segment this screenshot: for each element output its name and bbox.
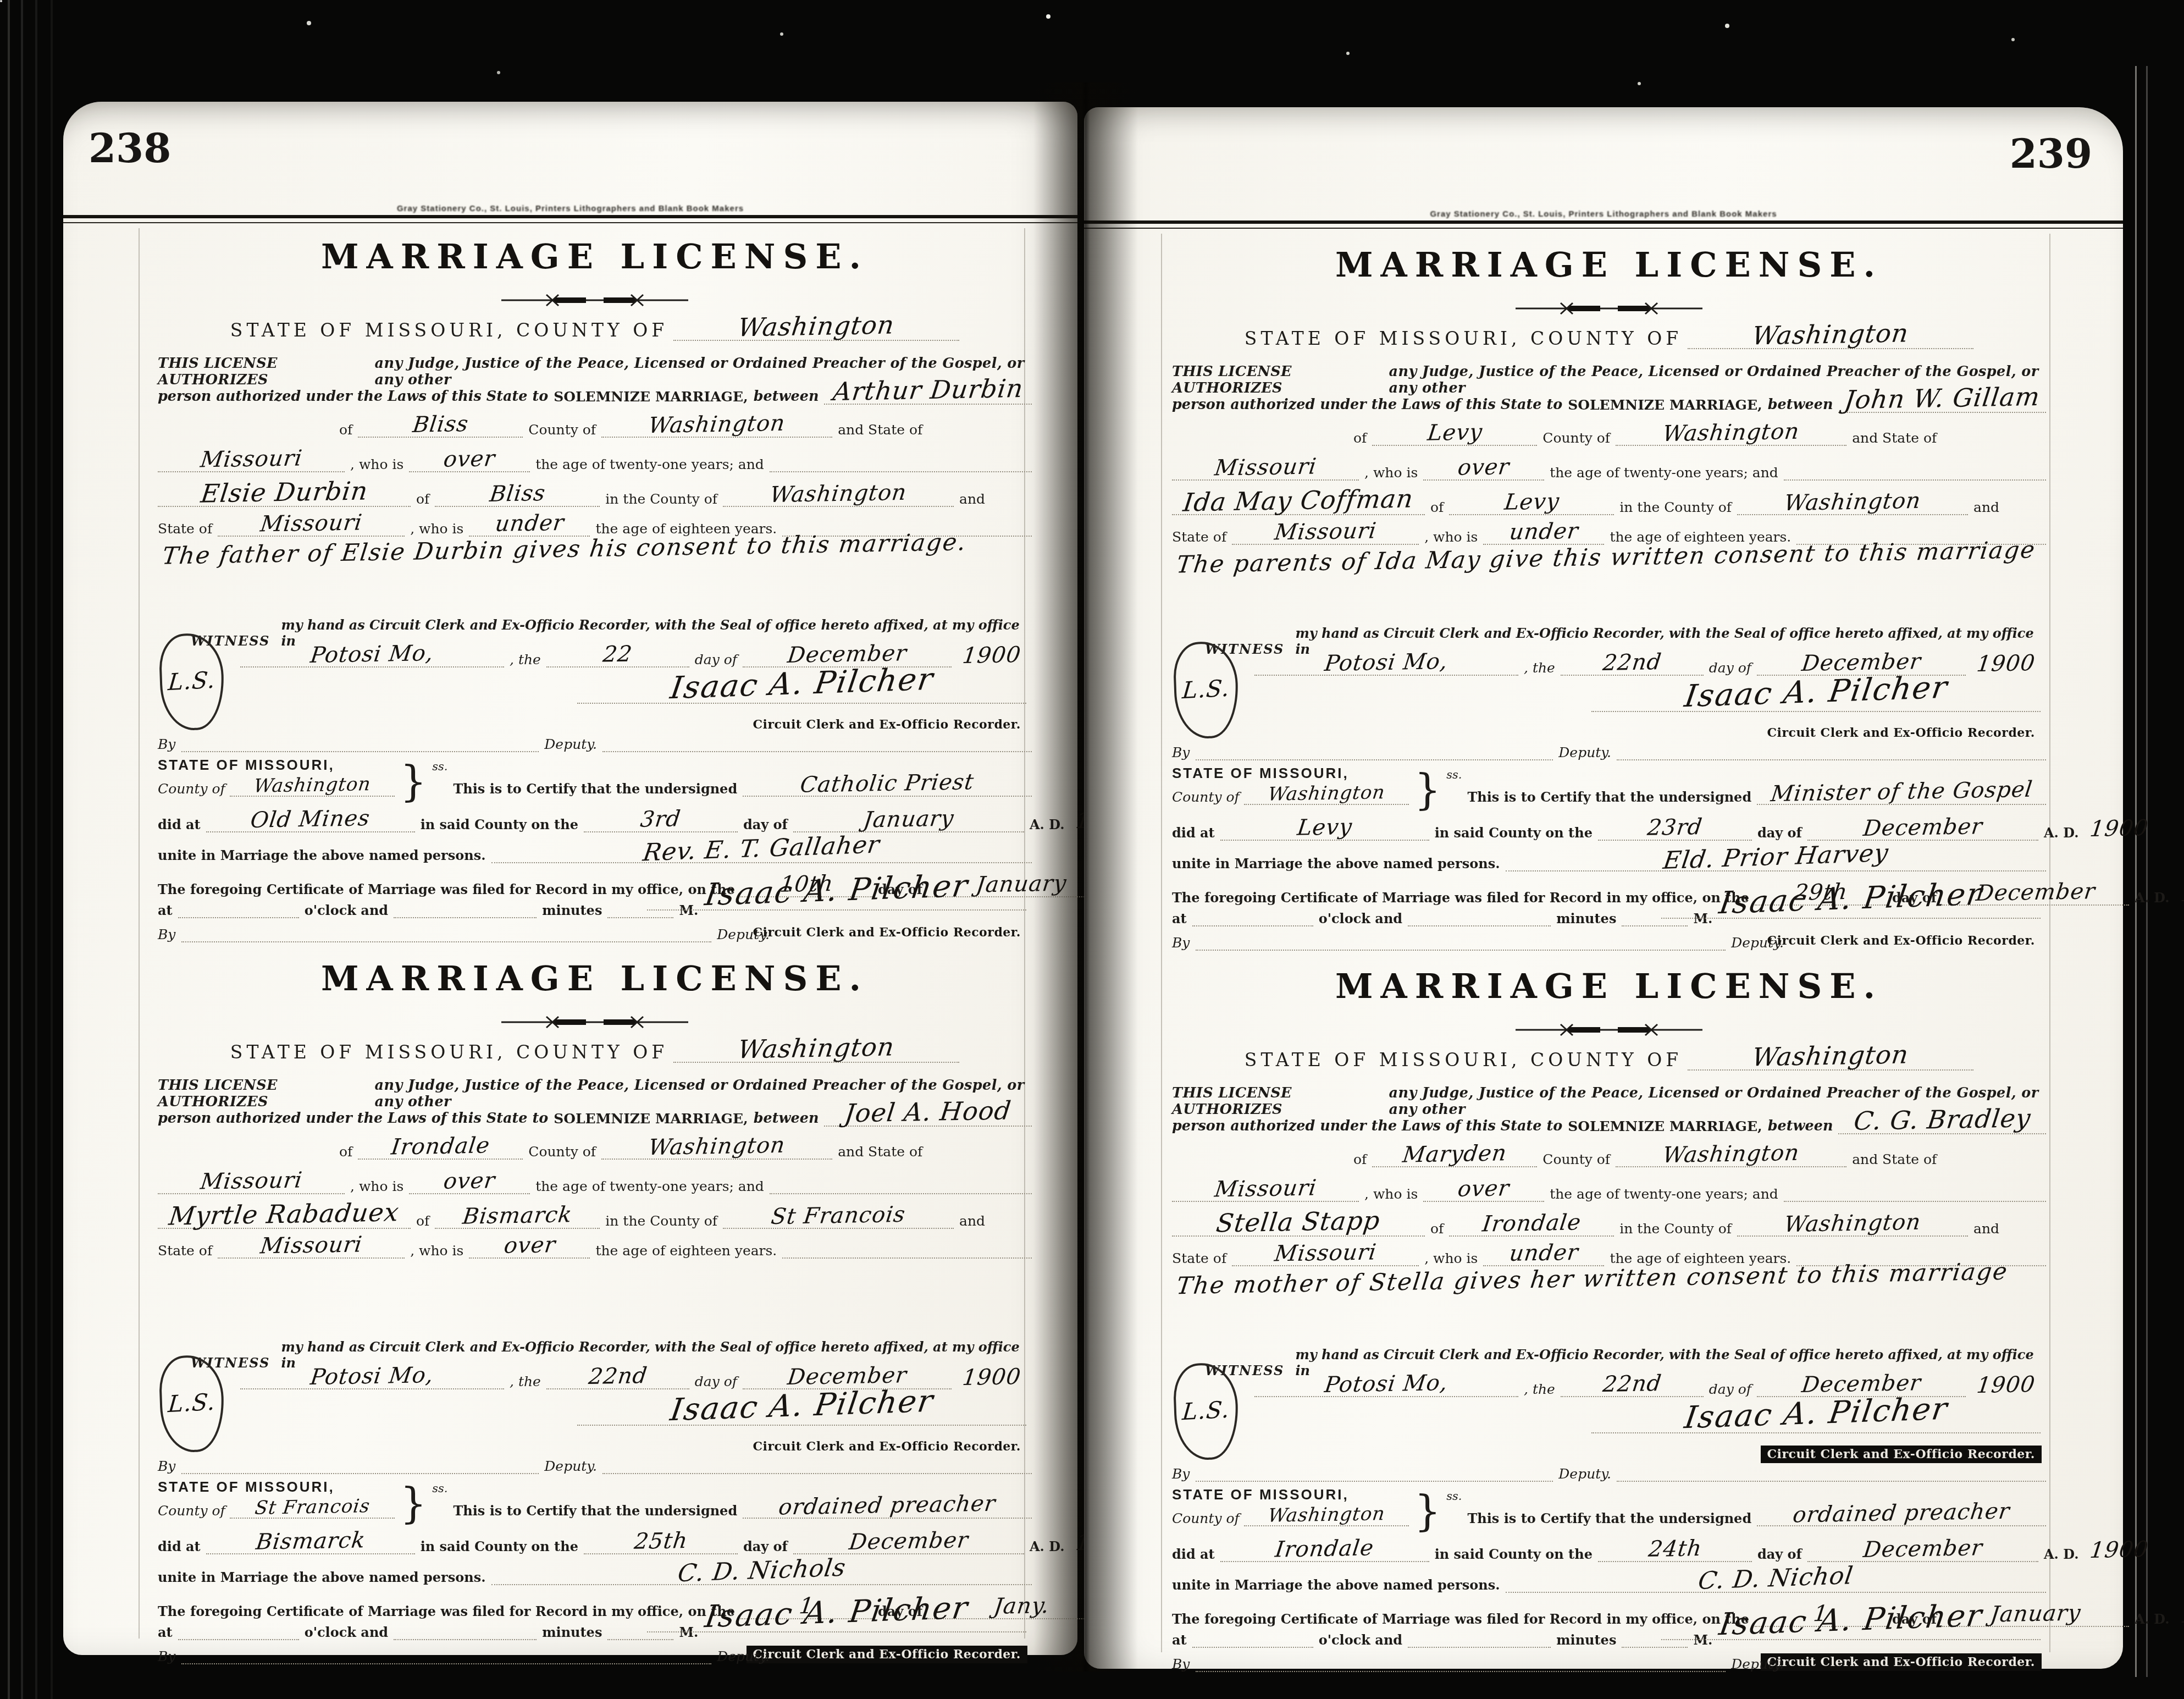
and-label: and: [959, 491, 985, 507]
unite-label: unite in Marriage the above named person…: [1172, 1577, 1500, 1593]
bride-county-blank: St Francois: [723, 1205, 954, 1229]
handwritten-groom-state: Missouri: [193, 447, 309, 472]
cert-county-blank: Washington: [1244, 1505, 1409, 1526]
the-label: , the: [510, 652, 541, 668]
divider-ornament: [1516, 301, 1702, 316]
groom-state-blank: Missouri: [158, 1170, 345, 1194]
groom-county-blank: Washington: [601, 1135, 832, 1160]
and-label: and: [1973, 1221, 1999, 1237]
divider-ornament: [501, 293, 688, 308]
blank-line: [1196, 1654, 1726, 1672]
clerk-title-label: Circuit Clerk and Ex-Officio Recorder.: [1761, 1653, 2042, 1671]
state-of-label: State of: [1172, 529, 1226, 545]
handwritten-cert-place: Levy: [1290, 816, 1359, 840]
of-label: of: [339, 1144, 352, 1160]
day-blank: 22nd: [1561, 652, 1704, 676]
cert-place-blank: Old Mines: [206, 808, 415, 832]
bride-state-blank: Missouri: [1232, 521, 1419, 545]
office-place-blank: Potosi Mo,: [1254, 1373, 1518, 1397]
clerk-signature-line: Isaac A. Pilcher: [577, 669, 1026, 704]
handwritten-cert-county: Washington: [1261, 783, 1391, 805]
cert-day-blank: 23rd: [1598, 817, 1752, 841]
handwritten-groom-name: John W. Gillam: [1838, 384, 2047, 414]
day-of-label: day of: [1757, 1546, 1802, 1562]
handwritten-cert-day: 25th: [627, 1530, 694, 1554]
book-spine-line: [21, 0, 23, 1699]
handwritten-bride-age: over: [497, 1234, 562, 1258]
groom-name-blank: Arthur Durbin: [824, 377, 1032, 405]
the-label: , the: [1524, 1381, 1555, 1397]
filed-clerk-signature-line: Isaac A. Pilcher: [1661, 1605, 2041, 1640]
deputy-label: Deputy.: [1558, 1466, 1611, 1482]
handwritten-cert-county: Washington: [1261, 1504, 1391, 1526]
ss-brace: }: [1414, 1495, 1441, 1526]
header-rule: [1084, 220, 2123, 229]
at-label: at: [1172, 911, 1187, 926]
bride-state-blank: Missouri: [1232, 1242, 1419, 1266]
bride-place-blank: Bliss: [435, 483, 600, 507]
bride-name-blank: Myrtle Rabaduex: [158, 1201, 411, 1229]
right-page: 239 Gray Stationery Co., St. Louis, Prin…: [1084, 107, 2123, 1669]
in-county-label: in the County of: [1619, 1221, 1732, 1237]
county-of-label: County of: [158, 781, 225, 797]
state-county-label: STATE OF MISSOURI, COUNTY OF: [230, 1041, 668, 1063]
margin-line: [139, 228, 140, 1639]
between-prefix: person authorized under the Laws of this…: [1172, 396, 1562, 413]
blank-line: [1196, 933, 1726, 951]
clerk-title-label: Circuit Clerk and Ex-Officio Recorder.: [747, 716, 1027, 733]
handwritten-bride-name: Elsie Durbin: [193, 478, 374, 508]
printer-credit: Gray Stationery Co., St. Louis, Printers…: [63, 204, 1077, 213]
officiant-signature-blank: Eld. Prior Harvey: [1506, 845, 2046, 871]
clerk-signature-line: Isaac A. Pilcher: [577, 1391, 1026, 1426]
cert-county-blank: Washington: [230, 776, 395, 797]
oclock-label: o'clock and: [1319, 1632, 1402, 1648]
solemnize-label: SOLEMNIZE MARRIAGE,: [1568, 397, 1762, 413]
handwritten-cert-place: Old Mines: [244, 807, 377, 832]
state-county-label: STATE OF MISSOURI, COUNTY OF: [1245, 328, 1682, 349]
bride-county-blank: Washington: [1737, 1212, 1968, 1237]
license-title: MARRIAGE LICENSE.: [1172, 966, 2046, 1006]
handwritten-cert-day: 24th: [1641, 1537, 1709, 1562]
the-label: , the: [510, 1373, 541, 1389]
certify-label: This is to Certify that the undersigned: [1467, 1510, 1751, 1526]
clerk-title-label: Circuit Clerk and Ex-Officio Recorder.: [1761, 1446, 2042, 1463]
officiant-role-blank: Catholic Priest: [743, 773, 1032, 797]
seal-ls-text: L.S.: [1176, 1398, 1236, 1425]
state-county-label: STATE OF MISSOURI, COUNTY OF: [1245, 1049, 1682, 1071]
handwritten-bride-name: Myrtle Rabaduex: [162, 1199, 406, 1230]
ss-brace: }: [1414, 774, 1441, 805]
cert-month-blank: January: [793, 808, 1024, 832]
handwritten-bride-place: Irondale: [1475, 1211, 1588, 1236]
clerk-title-label: Circuit Clerk and Ex-Officio Recorder.: [747, 1646, 1027, 1663]
handwritten-witness-day: 22nd: [1596, 1372, 1668, 1397]
deputy-label: Deputy.: [717, 1648, 770, 1664]
handwritten-county: Washington: [731, 1034, 902, 1063]
of-label: of: [416, 1213, 429, 1229]
handwritten-bride-county: Washington: [1777, 1211, 1928, 1237]
handwritten-officiant-role: Minister of the Gospel: [1763, 779, 2039, 807]
and-label: and: [959, 1213, 985, 1229]
day-of-label: day of: [743, 1538, 788, 1554]
handwritten-bride-county: Washington: [763, 482, 914, 508]
handwritten-cert-place: Bismarck: [249, 1529, 372, 1554]
ss-label: ss.: [432, 1482, 447, 1495]
minutes-label: minutes: [1556, 911, 1616, 926]
officiant-signature-blank: Rev. E. T. Gallaher: [491, 837, 1032, 863]
county-of-label: County of: [158, 1503, 225, 1519]
oclock-label: o'clock and: [1319, 911, 1402, 926]
handwritten-bride-state: Missouri: [1268, 520, 1383, 545]
margin-line: [2049, 234, 2050, 1652]
at-label: at: [1172, 1632, 1187, 1648]
cert-month-blank: December: [1807, 817, 2038, 841]
state-of-label: State of: [158, 1243, 212, 1259]
state-county-label: STATE OF MISSOURI, COUNTY OF: [230, 319, 668, 341]
clerk-title-label: Circuit Clerk and Ex-Officio Recorder.: [747, 1438, 1027, 1455]
blank-line: [1784, 1184, 2046, 1202]
certify-label: This is to Certify that the undersigned: [453, 781, 737, 797]
bride-state-blank: Missouri: [218, 512, 405, 537]
blank-line: [602, 735, 1032, 752]
filed-clerk-signature: Isaac A. Pilcher: [698, 870, 976, 912]
bride-place-blank: Irondale: [1449, 1212, 1614, 1237]
certificate-state-head: STATE OF MISSOURI, County of Washington: [1172, 765, 1409, 805]
handwritten-cert-county: Washington: [247, 775, 377, 797]
officiant-signature: Rev. E. T. Gallaher: [636, 832, 887, 867]
of-label: of: [1353, 430, 1367, 446]
ad-label: A. D.: [2044, 825, 2079, 841]
handwritten-bride-state: Missouri: [1268, 1241, 1383, 1266]
license-title: MARRIAGE LICENSE.: [158, 236, 1032, 277]
county-of-label: County of: [528, 1144, 596, 1160]
day-blank: 22nd: [546, 1365, 689, 1389]
groom-state-blank: Missouri: [1172, 1178, 1359, 1202]
of-label: of: [416, 491, 429, 507]
license-title: MARRIAGE LICENSE.: [158, 958, 1032, 999]
county-of-label: County of: [528, 422, 596, 438]
in-said-county-label: in said County on the: [421, 817, 578, 832]
groom-county-blank: Washington: [1616, 422, 1846, 446]
handwritten-witness-day: 22: [596, 643, 639, 666]
solemnize-label: SOLEMNIZE MARRIAGE,: [1568, 1118, 1762, 1134]
handwritten-consent-note: [158, 1260, 169, 1261]
between-prefix: person authorized under the Laws of this…: [158, 1110, 548, 1127]
handwritten-groom-county: Washington: [1656, 1142, 1806, 1168]
seal-ls-text: L.S.: [162, 668, 222, 696]
ss-brace: }: [400, 1487, 427, 1519]
between-word: between: [754, 388, 819, 405]
solemnize-label: SOLEMNIZE MARRIAGE,: [554, 1111, 748, 1127]
the-label: , the: [1524, 660, 1555, 676]
clerk-title-label: Circuit Clerk and Ex-Officio Recorder.: [747, 924, 1027, 941]
officiant-signature: C. D. Nichol: [1691, 1564, 1860, 1595]
handwritten-cert-month: December: [1856, 1537, 1989, 1562]
clerk-signature-line: Isaac A. Pilcher: [1591, 1398, 2041, 1433]
handwritten-bride-name: Ida May Coffman: [1176, 486, 1420, 516]
handwritten-groom-age: over: [1451, 1177, 1517, 1201]
bride-age-blank: under: [1483, 1242, 1604, 1266]
between-word: between: [1768, 396, 1833, 413]
cert-place-blank: Bismarck: [206, 1530, 415, 1554]
handwritten-groom-state: Missouri: [1208, 1177, 1323, 1202]
day-of-label: day of: [695, 652, 737, 668]
bride-place-blank: Bismarck: [435, 1205, 600, 1229]
seal-ls-text: L.S.: [1176, 676, 1236, 704]
bride-name-blank: Stella Stapp: [1172, 1209, 1425, 1237]
seal-ls-text: L.S.: [162, 1390, 222, 1417]
filed-clerk-signature-line: Isaac A. Pilcher: [1661, 884, 2041, 919]
handwritten-bride-age: under: [488, 512, 571, 537]
certify-label: This is to Certify that the undersigned: [1467, 789, 1751, 805]
state-of-missouri-label: STATE OF MISSOURI,: [1172, 1486, 1409, 1503]
handwritten-cert-year: 1900: [2083, 817, 2155, 841]
of-label: of: [1430, 1221, 1444, 1237]
blank-line: [782, 1241, 1032, 1259]
who-is-label: , who is: [410, 521, 463, 537]
groom-age-blank: over: [409, 448, 530, 472]
did-at-label: did at: [158, 817, 201, 832]
solemnize-label: SOLEMNIZE MARRIAGE,: [554, 389, 748, 405]
handwritten-witness-year: 1900: [955, 1366, 1027, 1390]
bride-name-blank: Elsie Durbin: [158, 479, 411, 507]
handwritten-groom-place: Bliss: [406, 413, 475, 437]
county-of-label: County of: [1542, 430, 1610, 446]
by-label: By: [1172, 935, 1190, 951]
deputy-label: Deputy.: [544, 736, 597, 752]
unite-label: unite in Marriage the above named person…: [1172, 856, 1500, 871]
who-is-label: , who is: [1424, 529, 1478, 545]
ad-label: A. D.: [2044, 1546, 2079, 1562]
between-prefix: person authorized under the Laws of this…: [158, 388, 548, 405]
blank-line: [1192, 1630, 1313, 1648]
groom-age-blank: over: [1423, 1178, 1544, 1202]
handwritten-filed-year: 1901: [2174, 1603, 2184, 1628]
blank-line: [770, 455, 1032, 472]
handwritten-office-place: Potosi Mo,: [303, 642, 440, 668]
of-label: of: [1430, 499, 1444, 515]
deputy-label: Deputy.: [717, 926, 770, 942]
state-of-missouri-label: STATE OF MISSOURI,: [1172, 765, 1409, 782]
at-label: at: [158, 1624, 173, 1640]
page-number: 238: [89, 125, 171, 172]
age21-label: the age of twenty-one years; and: [1550, 465, 1778, 481]
marriage-license-record: MARRIAGE LICENSE. STATE OF MISSOURI, COU…: [1172, 245, 2046, 943]
clerk-signature: Isaac A. Pilcher: [662, 664, 941, 705]
county-of-label: County of: [1542, 1151, 1610, 1167]
of-label: of: [339, 422, 352, 438]
by-label: By: [158, 1648, 176, 1664]
blank-line: [394, 901, 537, 918]
divider-ornament: [1516, 1022, 1702, 1038]
handwritten-bride-county: Washington: [1777, 490, 1928, 516]
page-number: 239: [2010, 130, 2092, 177]
blank-line: [1617, 1464, 2046, 1482]
by-label: By: [158, 1458, 176, 1474]
county-of-label: County of: [1172, 1510, 1240, 1526]
handwritten-cert-month: January: [856, 807, 961, 832]
cert-place-blank: Irondale: [1220, 1538, 1429, 1562]
certify-label: This is to Certify that the undersigned: [453, 1503, 737, 1519]
unite-label: unite in Marriage the above named person…: [158, 1569, 486, 1585]
blank-line: [1408, 1630, 1551, 1648]
who-is-label: , who is: [1364, 1186, 1418, 1202]
handwritten-cert-month: December: [1856, 815, 1989, 841]
officiant-role-blank: Minister of the Gospel: [1757, 781, 2046, 805]
county-of-label: County of: [1172, 789, 1240, 805]
groom-place-blank: Maryden: [1372, 1143, 1537, 1167]
officiant-signature-blank: C. D. Nichols: [491, 1559, 1032, 1585]
blank-line: [1784, 463, 2046, 481]
handwritten-groom-county: Washington: [1656, 421, 1806, 446]
oclock-label: o'clock and: [305, 1624, 388, 1640]
ss-label: ss.: [1446, 768, 1462, 781]
groom-age-blank: over: [409, 1170, 530, 1194]
bride-age-blank: under: [1483, 521, 1604, 545]
handwritten-bride-age: under: [1502, 520, 1585, 545]
clerk-signature-line: Isaac A. Pilcher: [1591, 677, 2041, 712]
filed-clerk-signature: Isaac A. Pilcher: [1712, 879, 1991, 920]
handwritten-county: Washington: [731, 312, 902, 341]
in-said-county-label: in said County on the: [1435, 1546, 1593, 1562]
groom-name-blank: Joel A. Hood: [824, 1099, 1032, 1127]
who-is-label: , who is: [350, 1178, 403, 1194]
page-stack-edge: [2135, 66, 2137, 1677]
ad-label: A. D.: [2135, 890, 2170, 906]
groom-state-blank: Missouri: [158, 448, 345, 472]
handwritten-groom-state: Missouri: [1208, 455, 1323, 481]
clerk-title-label: Circuit Clerk and Ex-Officio Recorder.: [1761, 932, 2042, 950]
handwritten-groom-place: Irondale: [384, 1134, 496, 1159]
county-blank: Washington: [1688, 1043, 1973, 1071]
handwritten-bride-age: under: [1502, 1242, 1585, 1266]
book-spine-line: [51, 0, 53, 1699]
handwritten-witness-year: 1900: [1970, 1373, 2042, 1398]
cert-day-blank: 25th: [584, 1530, 738, 1554]
day-of-label: day of: [1757, 825, 1802, 841]
handwritten-office-place: Potosi Mo,: [1318, 650, 1455, 676]
scan-speckles: [0, 0, 2, 2]
minutes-label: minutes: [542, 1624, 602, 1640]
handwritten-groom-name: Arthur Durbin: [826, 376, 1030, 405]
between-word: between: [754, 1110, 819, 1127]
in-county-label: in the County of: [605, 491, 717, 507]
handwritten-filed-year: 1900: [2174, 882, 2184, 906]
state-of-label: State of: [158, 521, 212, 537]
bride-county-blank: Washington: [1737, 491, 1968, 515]
printer-credit: Gray Stationery Co., St. Louis, Printers…: [1084, 209, 2123, 219]
handwritten-groom-name: C. G. Bradley: [1847, 1105, 2038, 1135]
handwritten-bride-place: Bliss: [483, 482, 552, 506]
handwritten-cert-place: Irondale: [1269, 1537, 1381, 1562]
and-state-of-label: and State of: [1852, 1151, 1937, 1167]
left-page: 238 Gray Stationery Co., St. Louis, Prin…: [63, 102, 1077, 1655]
age21-label: the age of twenty-one years; and: [535, 456, 764, 472]
bride-age-blank: over: [469, 1234, 590, 1259]
and-state-of-label: and State of: [1852, 430, 1937, 446]
in-said-county-label: in said County on the: [421, 1538, 578, 1554]
state-of-label: State of: [1172, 1250, 1226, 1266]
groom-place-blank: Bliss: [358, 413, 523, 438]
groom-place-blank: Irondale: [358, 1135, 523, 1160]
handwritten-county: Washington: [1745, 320, 1916, 349]
officiant-signature-blank: C. D. Nichol: [1506, 1566, 2046, 1593]
minutes-label: minutes: [1556, 1632, 1616, 1648]
bride-state-blank: Missouri: [218, 1234, 405, 1259]
of-label: of: [1353, 1151, 1367, 1167]
handwritten-bride-state: Missouri: [253, 1233, 369, 1259]
deputy-label: Deputy.: [1558, 744, 1611, 760]
bride-name-blank: Ida May Coffman: [1172, 488, 1425, 515]
state-of-missouri-label: STATE OF MISSOURI,: [158, 757, 395, 774]
handwritten-officiant-role: ordained preacher: [772, 1492, 1003, 1519]
handwritten-bride-county: St Francois: [764, 1204, 912, 1229]
certificate-state-head: STATE OF MISSOURI, County of Washington: [158, 757, 395, 797]
handwritten-office-place: Potosi Mo,: [1318, 1372, 1455, 1397]
cert-county-blank: St Francois: [230, 1498, 395, 1519]
unite-label: unite in Marriage the above named person…: [158, 847, 486, 863]
handwritten-cert-day: 23rd: [1640, 816, 1709, 840]
certificate-state-head: STATE OF MISSOURI, County of Washington: [1172, 1486, 1409, 1526]
handwritten-groom-county: Washington: [642, 1134, 792, 1160]
and-state-of-label: and State of: [838, 1144, 922, 1160]
handwritten-cert-year: 1900: [2083, 1538, 2155, 1563]
handwritten-groom-age: over: [1451, 456, 1517, 480]
day-of-label: day of: [1709, 660, 1751, 676]
by-label: By: [1172, 1656, 1190, 1672]
who-is-label: , who is: [1424, 1250, 1478, 1266]
did-at-label: did at: [1172, 825, 1215, 841]
who-is-label: , who is: [410, 1243, 463, 1259]
deputy-label: Deputy.: [544, 1458, 597, 1474]
handwritten-bride-place: Levy: [1497, 490, 1566, 515]
age18-label: the age of eighteen years.: [595, 1243, 777, 1259]
officiant-signature: C. D. Nichols: [670, 1555, 853, 1587]
ad-label: A. D.: [1030, 817, 1065, 832]
handwritten-cert-day: 3rd: [634, 808, 688, 832]
age21-label: the age of twenty-one years; and: [535, 1178, 764, 1194]
groom-age-blank: over: [1423, 456, 1544, 481]
between-prefix: person authorized under the Laws of this…: [1172, 1118, 1562, 1134]
certificate-state-head: STATE OF MISSOURI, County of St Francois: [158, 1479, 395, 1519]
book-spine-line: [8, 0, 10, 1699]
groom-place-blank: Levy: [1372, 422, 1537, 446]
handwritten-officiant-role: Catholic Priest: [794, 771, 981, 797]
cert-day-blank: 3rd: [584, 808, 738, 832]
handwritten-groom-place: Levy: [1420, 421, 1489, 445]
handwritten-office-place: Potosi Mo,: [303, 1364, 440, 1389]
by-label: By: [158, 926, 176, 942]
county-blank: Washington: [673, 313, 959, 341]
margin-line: [1161, 234, 1162, 1652]
bride-place-blank: Levy: [1449, 491, 1614, 515]
cert-day-blank: 24th: [1598, 1538, 1752, 1562]
groom-name-blank: John W. Gillam: [1838, 385, 2046, 413]
between-word: between: [1768, 1118, 1833, 1134]
ad-label: A. D.: [1030, 1538, 1065, 1554]
officiant-role-blank: ordained preacher: [743, 1494, 1032, 1519]
blank-line: [1192, 909, 1313, 926]
handwritten-groom-age: over: [437, 448, 502, 472]
ss-label: ss.: [1446, 1490, 1462, 1503]
page-stack-edge: [2146, 66, 2148, 1677]
county-blank: Washington: [1688, 322, 1973, 349]
in-county-label: in the County of: [605, 1213, 717, 1229]
blank-line: [602, 1457, 1032, 1474]
blank-line: [181, 1647, 712, 1664]
divider-ornament: [501, 1014, 688, 1030]
